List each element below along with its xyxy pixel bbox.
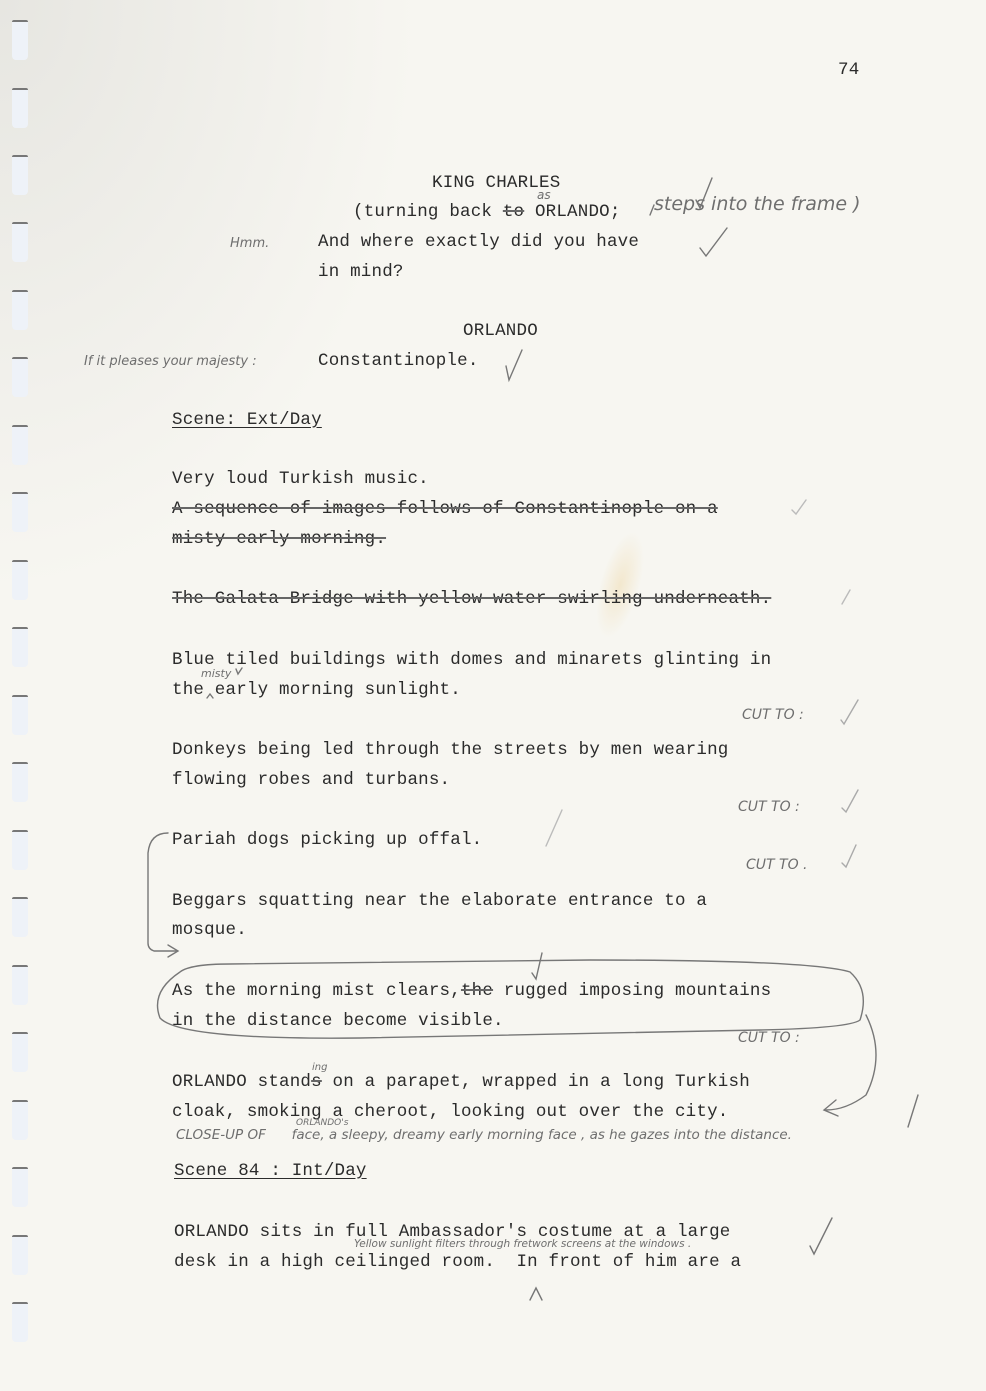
checkmark-icon bbox=[546, 810, 562, 846]
semicolon-mark bbox=[650, 205, 654, 215]
caret-icon bbox=[207, 694, 213, 698]
checkmark-icon bbox=[841, 700, 858, 724]
script-page: 74 KING CHARLES (turning back to ORLANDO… bbox=[0, 0, 986, 1391]
caret-icon bbox=[530, 1288, 542, 1300]
arrow-icon bbox=[826, 1015, 876, 1110]
checkmark-icon bbox=[792, 500, 806, 514]
checkmark-icon bbox=[696, 178, 712, 208]
checkmark-icon bbox=[236, 668, 242, 674]
checkmark-icon bbox=[842, 590, 850, 604]
checkmark-icon bbox=[842, 790, 858, 812]
checkmark-icon bbox=[908, 1095, 918, 1127]
circled-paragraph bbox=[158, 960, 864, 1038]
checkmark-icon bbox=[532, 953, 542, 979]
arrow-head-icon bbox=[824, 1100, 838, 1116]
bracket-arrow-icon bbox=[148, 833, 176, 951]
checkmark-icon bbox=[842, 845, 856, 867]
pencil-marks bbox=[0, 0, 986, 1391]
checkmark-icon bbox=[700, 228, 727, 256]
checkmark-icon bbox=[810, 1218, 832, 1254]
checkmark-icon bbox=[506, 350, 522, 380]
